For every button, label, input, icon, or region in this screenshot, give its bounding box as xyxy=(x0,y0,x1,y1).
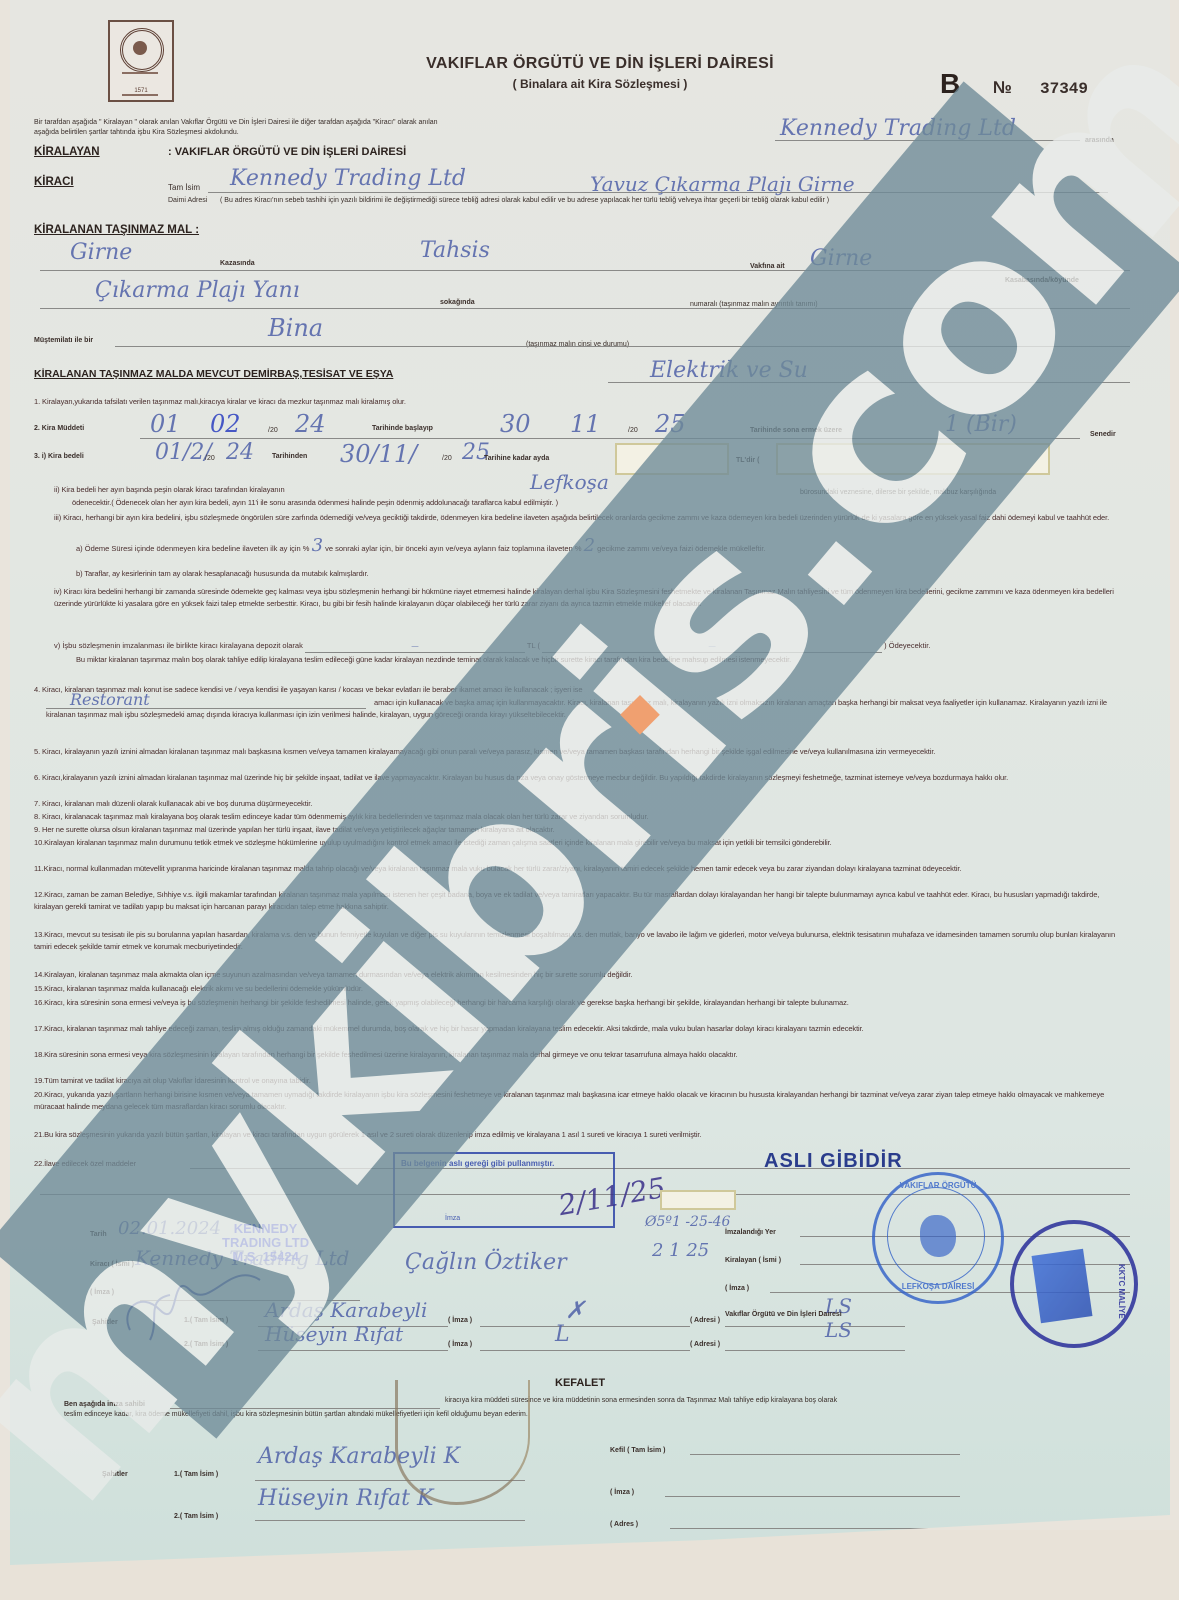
tenant-signature-scribble xyxy=(110,1250,290,1350)
rent-end-field[interactable]: 30/11/ xyxy=(340,440,417,468)
guarantor-label: Kefil ( Tam İsim ) xyxy=(610,1446,666,1455)
intro-line-1: Bir tarafdan aşağıda " Kiralayan " olara… xyxy=(34,118,774,127)
end-year-field[interactable]: 25 xyxy=(655,410,686,438)
kefalet-text-2: kiracıya kira müddeti süresince ve kira … xyxy=(445,1396,1135,1405)
witness-2-address[interactable]: LS xyxy=(825,1318,852,1342)
address-note: ( Bu adres Kiracı'nın sebeb tashihi için… xyxy=(220,196,1130,205)
clause-5: 5. Kiracı, kiralayanın yazılı iznini alm… xyxy=(34,746,1124,758)
tl-label: TL'dir ( xyxy=(736,456,759,465)
postage-stamp-icon xyxy=(1032,1249,1093,1324)
witness-1-sign-label: ( İmza ) xyxy=(448,1316,472,1325)
first-month-rate-field[interactable]: 3 xyxy=(312,535,323,556)
landlord-sign-label: ( İmza ) xyxy=(725,1284,749,1293)
start-month-field[interactable]: 02 xyxy=(210,410,241,438)
guarantor-sign-label: ( İmza ) xyxy=(610,1488,634,1497)
rent-in-words-box[interactable] xyxy=(776,443,1050,475)
paper-tear-mark xyxy=(395,1380,530,1505)
end-day-field[interactable]: 30 xyxy=(500,410,531,438)
clause-17: 17.Kiracı, kiralanan taşınmaz malı tahli… xyxy=(34,1023,1124,1035)
document-number: 37349 xyxy=(1040,80,1088,98)
kiraci-label: KİRACI xyxy=(34,176,74,188)
duration-field[interactable]: 1 (Bir) xyxy=(945,412,1017,437)
clause-8: 8. Kiracı, kiralanacak taşınmaz malı kir… xyxy=(34,811,1124,823)
clause-18: 18.Kira süresinin sona ermesi veya kira … xyxy=(34,1049,1124,1061)
tenant-name-field[interactable]: Kennedy Trading Ltd xyxy=(230,166,466,191)
district-field[interactable]: Girne xyxy=(70,240,132,265)
clause-2-label: 2. Kira Müddeti xyxy=(34,424,84,433)
logo-year: 1571 xyxy=(110,88,172,94)
clause-3-iii-a: a) Ödeme Süresi içinde ödenmeyen kira be… xyxy=(76,540,1126,555)
witness-2-signature: L xyxy=(555,1322,570,1347)
clause-11: 11.Kiracı, normal kullanmadan mütevellit… xyxy=(34,863,1124,875)
clause-1: 1. Kiralayan,yukarıda tafsilatı verilen … xyxy=(34,396,1114,408)
clause-3-label: 3. i) Kira bedeli xyxy=(34,452,84,461)
parcel-field[interactable]: Tahsis xyxy=(420,238,490,263)
date-field[interactable]: 02.01.2024 xyxy=(118,1218,221,1239)
contents-label: Müştemilatı ile bir xyxy=(34,336,93,345)
landlord-org-label: Vakıflar Örgütü ve Din İşleri Dairesi xyxy=(725,1310,842,1319)
kefalet-witness-2-label: 2.( Tam İsim ) xyxy=(174,1512,218,1521)
village-field[interactable]: Girne xyxy=(810,246,872,271)
district-label: Kazasında xyxy=(220,259,255,268)
kefalet-text-1: Ben aşağıda imza sahibi xyxy=(64,1400,145,1409)
intro-line-2: aşağıda belirtilen şartlar tahtında işbu… xyxy=(34,128,774,137)
subsequent-rate-field[interactable]: 2 xyxy=(584,535,595,556)
clause-3-ii-c: ödenecektir.( Ödenecek olan her ayın kir… xyxy=(72,497,1122,509)
kiralayan-value: : VAKIFLAR ÖRGÜTÜ VE DİN İŞLERİ DAİRESİ xyxy=(168,146,406,158)
full-name-label: Tam İsim xyxy=(168,182,200,193)
clause-4-a: 4. Kiracı, kiralanan taşınmaz malı konut… xyxy=(34,684,1129,696)
clause-3-iii-b: b) Taraflar, ay kesirlerinin tam ay olar… xyxy=(76,568,1076,580)
witness-2-sign-label: ( İmza ) xyxy=(448,1340,472,1349)
monthly-rent-amount-box[interactable] xyxy=(615,443,729,475)
clause-3-v: v) İşbu sözleşmenin imzalanması ile birl… xyxy=(54,640,1129,653)
clause-15: 15.Kiracı, kiralanan taşınmaz malda kull… xyxy=(34,983,1124,995)
rent-start-year-field[interactable]: 24 xyxy=(226,440,254,465)
deposit-amount-field[interactable]: — xyxy=(305,640,525,653)
clause-7: 7. Kiracı, kiralanan malı düzenli olarak… xyxy=(34,798,1124,810)
kefalet-witness-1-label: 1.( Tam İsim ) xyxy=(174,1470,218,1479)
guarantor-address-label: ( Adres ) xyxy=(610,1520,638,1529)
asli-gibidir-stamp: ASLI GİBİDİR xyxy=(764,1150,903,1173)
fixtures-heading: KİRALANAN TAŞINMAZ MALDA MEVCUT DEMİRBAŞ… xyxy=(34,368,393,380)
end-label: Tarihinde sona ermek üzere xyxy=(750,426,842,435)
fixtures-field[interactable]: Elektrik ve Su xyxy=(650,358,808,383)
intro-suffix: arasında xyxy=(1085,136,1114,145)
kefalet-text-3: teslim edinceye kadar, kira ödeme mükell… xyxy=(64,1410,1124,1419)
series-letter: B xyxy=(940,68,960,100)
date-label: Tarih xyxy=(90,1230,107,1239)
clause-3-iii: iii) Kiracı, herhangi bir ayın kira bede… xyxy=(54,512,1129,524)
vakiflar-logo: 1571 xyxy=(108,20,174,102)
contents-field[interactable]: Bina xyxy=(268,314,323,342)
street-label: sokağında xyxy=(440,298,475,307)
clause-16: 16.Kiracı, kira süresinin sona ermesi ve… xyxy=(34,997,1124,1009)
number-sign: № xyxy=(993,78,1012,98)
witnesses-label: Şahitler xyxy=(92,1318,118,1327)
witness-2-label: 2.( Tam İsim ) xyxy=(184,1340,228,1349)
document-subtitle: ( Binalara ait Kira Sözleşmesi ) xyxy=(350,77,850,91)
clause-3-v-note: Bu miktar kiralanan taşınmaz malın boş o… xyxy=(76,654,1131,666)
witness-1-name[interactable]: Ardaş Karabeyli xyxy=(265,1298,427,1322)
witness-1-label: 1.( Tam İsim ) xyxy=(184,1316,228,1325)
clause-13: 13.Kiracı, mevcut su tesisatı ile pis su… xyxy=(34,929,1124,953)
handwritten-date-2: 2 1 25 xyxy=(652,1240,709,1261)
revenue-stamp-box xyxy=(660,1190,736,1210)
start-label: Tarihinde başlayıp xyxy=(372,424,433,433)
rent-until-label: Tarihine kadar ayda xyxy=(484,454,549,463)
quarter-label: Kasabasında/köyünde xyxy=(1005,276,1079,285)
clause-10: 10.Kiralayan kiralanan taşınmaz malın du… xyxy=(34,837,1124,849)
duration-unit: Senedir xyxy=(1090,430,1116,439)
clause-19: 19.Tüm tamirat ve tadilat kiracıya ait o… xyxy=(34,1075,1124,1087)
clause-21: 21.Bu kira sözleşmesinin yukarıda yazılı… xyxy=(34,1129,1124,1141)
clause-3-iv: iv) Kiracı kira bedelini herhangi bir za… xyxy=(54,586,1129,610)
contents-note: (taşınmaz malın cinsi ve durumu) xyxy=(526,340,629,349)
handwritten-code: Ø5º1 -25-46 xyxy=(645,1214,730,1230)
kefalet-witnesses-label: Şahitler xyxy=(102,1470,128,1479)
landlord-label: Kiralayan ( İsmi ) xyxy=(725,1256,781,1265)
signed-place-label: İmzalandığı Yer xyxy=(725,1228,776,1237)
kiralayan-label: KİRALAYAN xyxy=(34,146,100,158)
kefalet-heading: KEFALET xyxy=(555,1377,605,1389)
witness-1-signature: ✗ xyxy=(565,1296,585,1324)
witness-1-address-label: ( Adresi ) xyxy=(690,1316,720,1325)
start-year-field[interactable]: 24 xyxy=(295,410,326,438)
property-heading: KİRALANAN TAŞINMAZ MAL : xyxy=(34,224,199,236)
intro-tenant-handwritten: Kennedy Trading Ltd xyxy=(780,116,1016,141)
witness-2-name[interactable]: Hüseyin Rıfat xyxy=(265,1322,403,1346)
rent-from-label: Tarihinden xyxy=(272,452,307,461)
clause-4-b: amacı için kullanacak ve başka amaç için… xyxy=(46,697,1130,721)
tenant-person-name: Çağlın Öztiker xyxy=(405,1250,567,1275)
kefalet-witness-2-name[interactable]: Hüseyin Rıfat K xyxy=(258,1486,433,1511)
clause-3-ii-b: bürosundaki veznesine, dilerse bir şekil… xyxy=(800,488,1120,497)
seal-emblem-icon xyxy=(120,28,164,72)
start-day-field[interactable]: 01 xyxy=(150,410,181,438)
clause-14: 14.Kiralayan, kiralanan taşınmaz mala ak… xyxy=(34,969,1124,981)
revenue-stamp-seal: KKTC MALİYE xyxy=(1010,1220,1138,1348)
deposit-words-field[interactable]: — xyxy=(542,640,882,653)
payment-place-field[interactable]: Lefkoşa xyxy=(530,470,609,494)
rent-start-field[interactable]: 01/2/ xyxy=(155,440,212,465)
document-title: VAKIFLAR ÖRGÜTÜ VE DİN İŞLERİ DAİRESİ xyxy=(350,55,850,73)
clause-20: 20.Kiracı, yukarıda yazılı şartların her… xyxy=(34,1089,1124,1113)
clause-12: 12.Kiracı, zaman be zaman Belediye, Sıhh… xyxy=(34,889,1124,913)
vakiflar-seal-stamp: VAKIFLAR ÖRGÜTÜ LEFKOŞA DAİRESİ xyxy=(872,1172,1004,1304)
street-field[interactable]: Çıkarma Plajı Yanı xyxy=(95,278,300,303)
address-label: Daimi Adresi xyxy=(168,196,207,205)
clause-6: 6. Kiracı,kiralayanın yazılı iznini alma… xyxy=(34,772,1124,784)
witness-2-address-label: ( Adresi ) xyxy=(690,1340,720,1349)
lease-document-page: 1571 VAKIFLAR ÖRGÜTÜ VE DİN İŞLERİ DAİRE… xyxy=(10,0,1170,1565)
clause-9: 9. Her ne surette olursa olsun kiralanan… xyxy=(34,824,1124,836)
end-month-field[interactable]: 11 xyxy=(570,410,601,438)
